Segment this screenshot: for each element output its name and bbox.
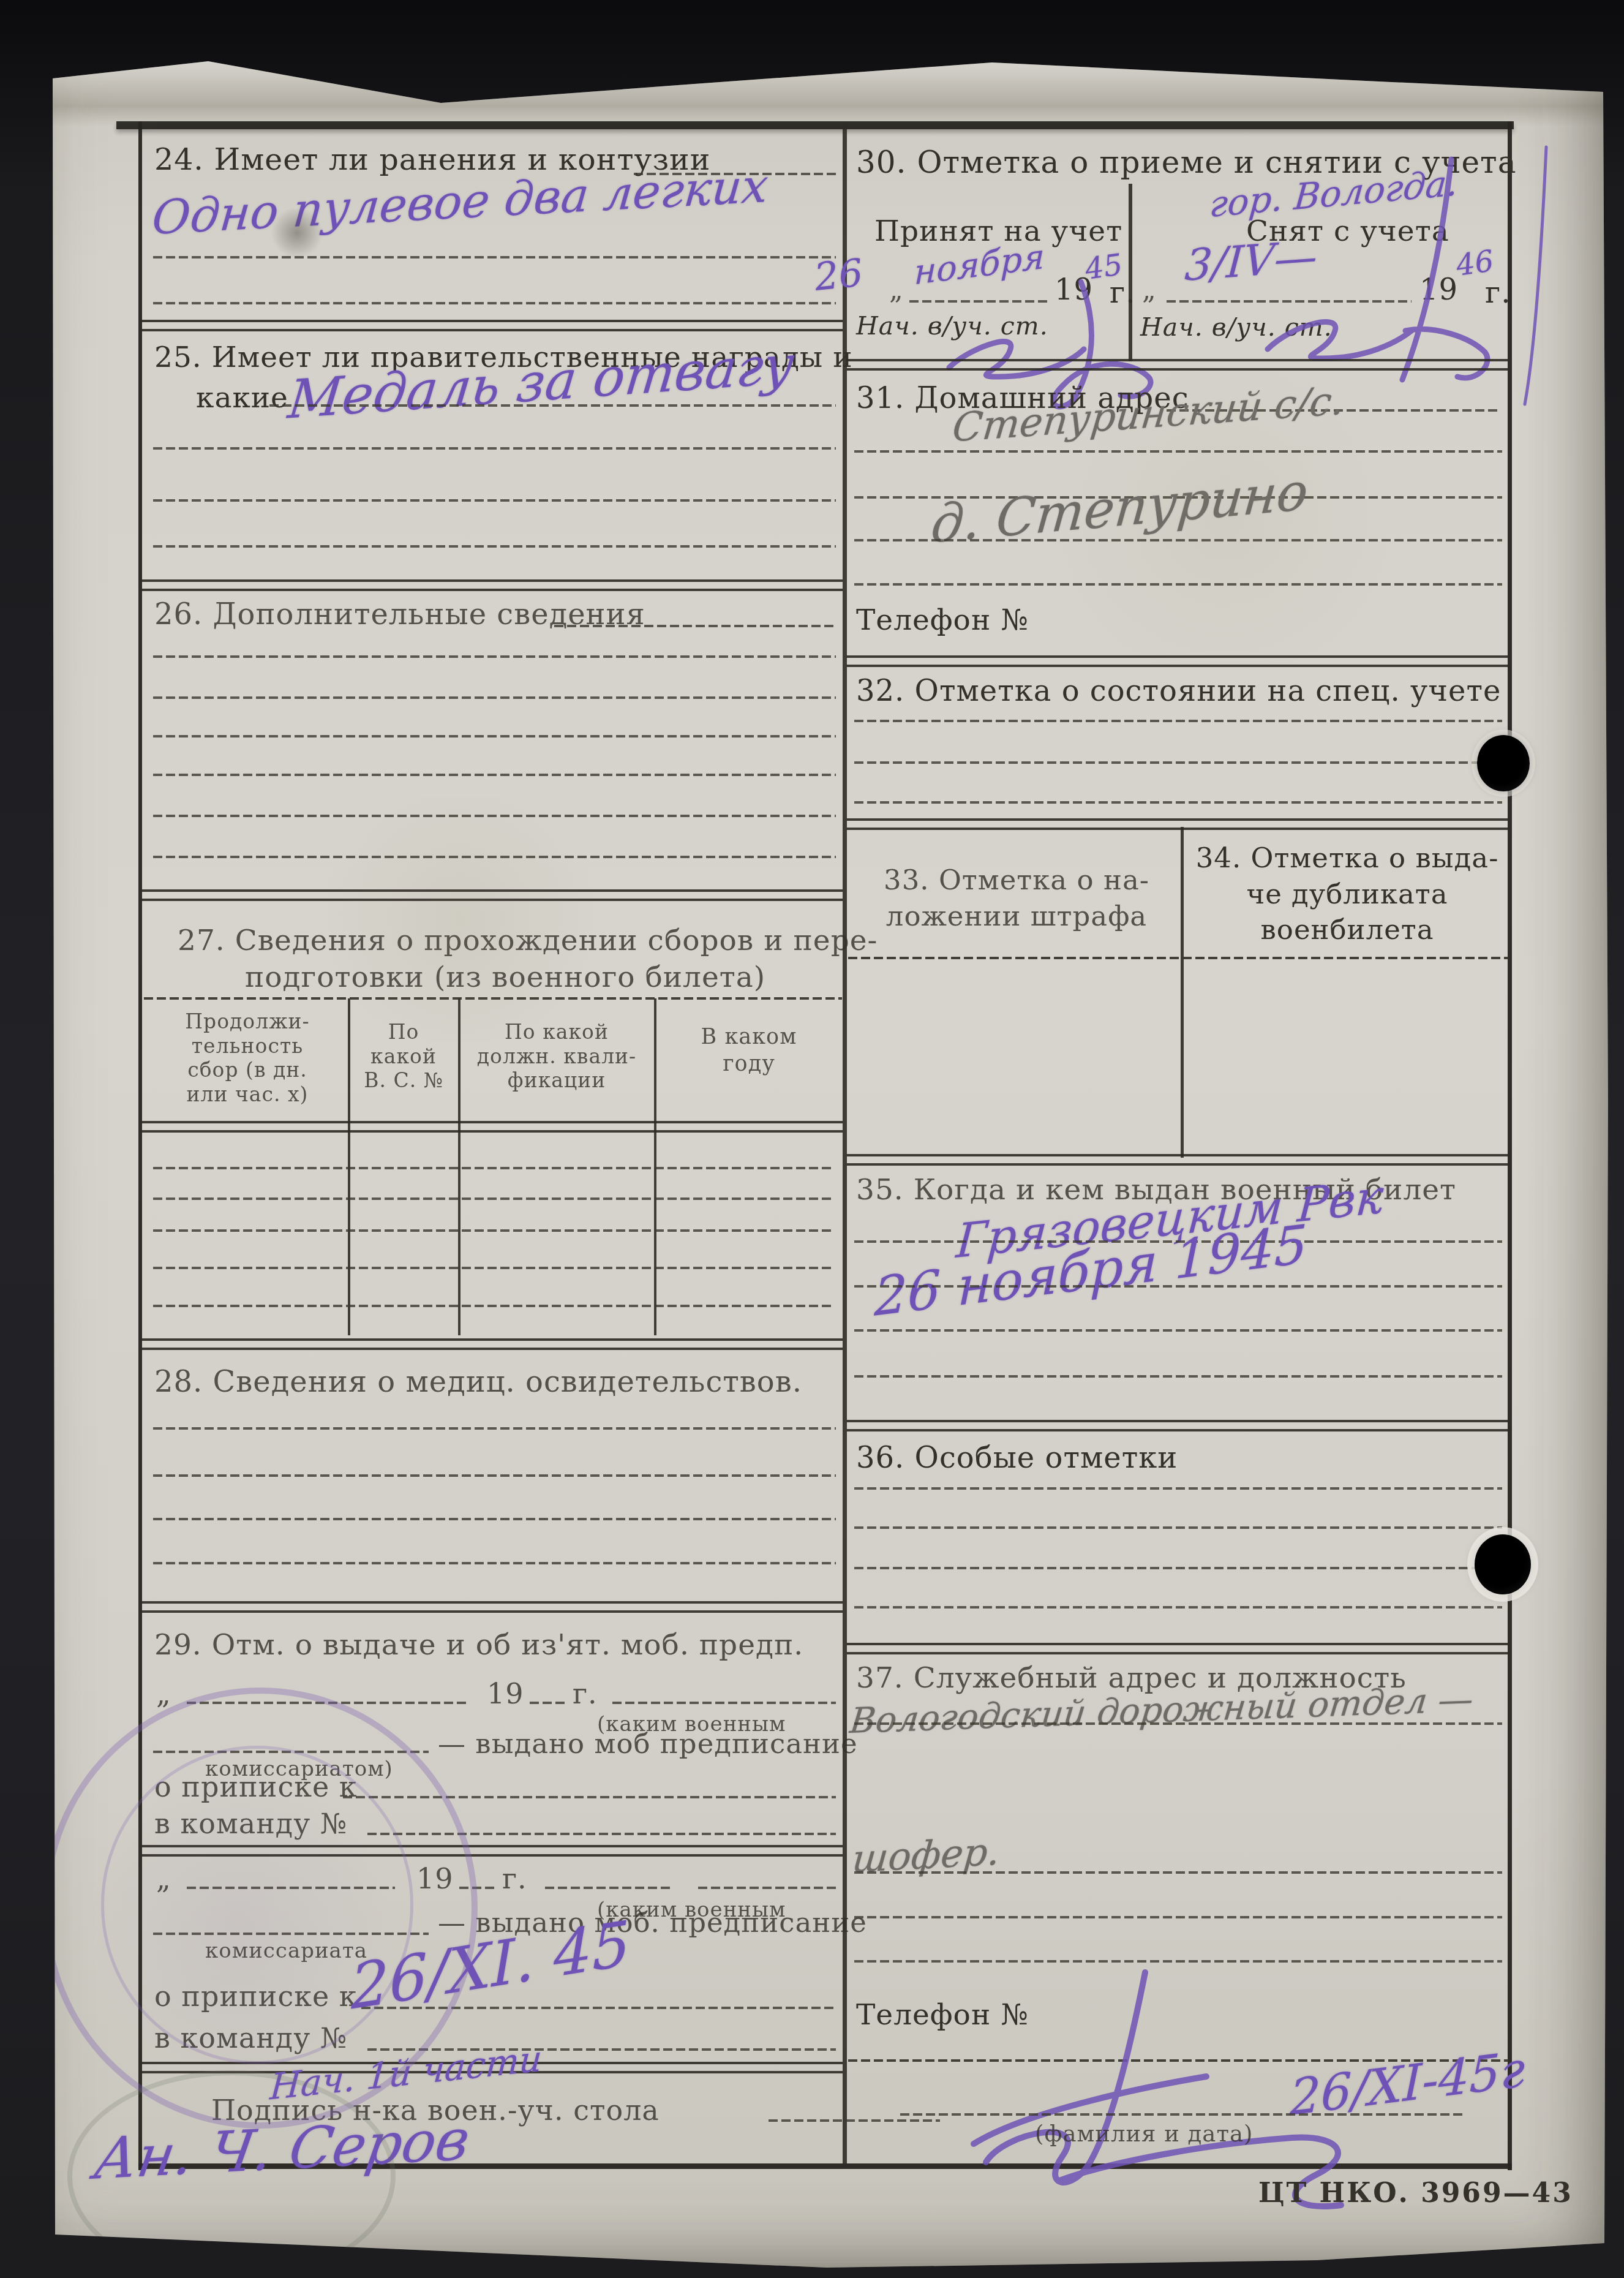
ruled-line bbox=[153, 302, 836, 304]
section33-title: 33. Отметка о на- ложении штрафа bbox=[854, 862, 1179, 934]
blank-line bbox=[367, 1833, 836, 1835]
section-separator bbox=[847, 1643, 1509, 1654]
table-row-line bbox=[153, 1229, 834, 1232]
attach-label: о приписке к bbox=[154, 1770, 358, 1803]
punch-hole bbox=[1477, 735, 1530, 791]
ruled-line bbox=[854, 1375, 1502, 1378]
ruled-line bbox=[854, 1606, 1502, 1609]
issued-label: — выдано моб предписание bbox=[438, 1727, 858, 1760]
section-separator bbox=[847, 818, 1509, 830]
quote-mark: „ bbox=[1142, 274, 1157, 306]
footer-sign-hint: (фамилия и дата) bbox=[1035, 2121, 1253, 2147]
section32-title: 32. Отметка о состоянии на спец. учете bbox=[856, 674, 1501, 708]
section-separator bbox=[847, 1420, 1509, 1431]
table-row-line bbox=[153, 1305, 834, 1307]
ruled-line bbox=[854, 1916, 1502, 1918]
ruled-line bbox=[153, 774, 836, 776]
blank-line bbox=[187, 1887, 395, 1889]
attach-label: о приписке к bbox=[154, 1980, 358, 2013]
section29-title: 29. Отм. о выдаче и об из'ят. моб. предп… bbox=[154, 1628, 803, 1662]
ruled-line bbox=[153, 256, 836, 258]
ruled-line bbox=[854, 1329, 1502, 1332]
section-separator bbox=[142, 1601, 843, 1613]
ruled-line bbox=[153, 545, 836, 548]
ruled-line bbox=[854, 1567, 1502, 1569]
ruled-line bbox=[854, 450, 1502, 453]
section-separator bbox=[847, 655, 1509, 667]
block-separator bbox=[142, 1845, 843, 1857]
section31-phone-label: Телефон № bbox=[856, 603, 1029, 637]
ruled-line bbox=[153, 856, 836, 858]
ruled-line bbox=[153, 655, 836, 658]
table-row-line bbox=[153, 1267, 834, 1269]
table-header-year: В каком году bbox=[658, 1024, 840, 1078]
frame-center-divider bbox=[843, 124, 847, 2167]
punch-hole bbox=[1475, 1534, 1531, 1594]
ruled-line bbox=[153, 1474, 836, 1477]
ruled-line bbox=[153, 447, 836, 450]
ruled-line bbox=[854, 539, 1502, 541]
section27-title-line2: подготовки (из военного билета) bbox=[245, 960, 765, 994]
frame-right bbox=[1508, 121, 1512, 2170]
year-printed: 19 bbox=[487, 1677, 524, 1710]
blank-line bbox=[698, 1887, 836, 1889]
print-code: ЦТ НКО. 3969—43 bbox=[1258, 2178, 1573, 2209]
blank-line bbox=[769, 2119, 940, 2122]
ruled-line bbox=[900, 2113, 1464, 2116]
ruled-line bbox=[153, 1562, 836, 1564]
ruled-line bbox=[854, 761, 1502, 764]
ruled-line bbox=[153, 735, 836, 737]
ruled-line bbox=[854, 1871, 1502, 1874]
table-bottom-border bbox=[142, 1338, 843, 1350]
scanned-military-registration-card: 24. Имеет ли ранения и контузии Одно пул… bbox=[0, 0, 1624, 2278]
ruled-line bbox=[153, 1427, 836, 1430]
frame-left bbox=[138, 121, 142, 2170]
ruled-line bbox=[153, 499, 836, 502]
table-row-line bbox=[153, 1167, 834, 1169]
ruled-line bbox=[854, 1285, 1502, 1288]
quote-mark: „ bbox=[156, 1862, 171, 1895]
year-suffix: г. bbox=[573, 1677, 598, 1710]
ruled-line bbox=[854, 801, 1502, 804]
accepted-day-handwriting: 26 bbox=[812, 250, 865, 300]
year-suffix: г. bbox=[502, 1862, 527, 1895]
table-top-border bbox=[144, 997, 842, 1000]
table-header-duration: Продолжи- тельность сбор (в дн. или час.… bbox=[152, 1009, 343, 1106]
ruled-line bbox=[269, 404, 836, 407]
top-edge-shadow bbox=[53, 59, 1608, 126]
section-separator bbox=[142, 889, 843, 901]
quote-mark: „ bbox=[889, 274, 904, 306]
ruled-line bbox=[854, 1722, 1502, 1725]
blank-line bbox=[459, 1887, 496, 1889]
ruled-line bbox=[153, 815, 836, 817]
paper-sheet: 24. Имеет ли ранения и контузии Одно пул… bbox=[0, 0, 1624, 2278]
ruled-line bbox=[153, 1518, 836, 1520]
hint-commissariat: комиссариата bbox=[205, 1939, 367, 1963]
section33-34-divider bbox=[1181, 827, 1184, 1158]
blank-line bbox=[612, 1702, 836, 1704]
team-label: в команду № bbox=[154, 1807, 347, 1840]
blank-line bbox=[530, 1702, 566, 1704]
ruled-line bbox=[854, 720, 1502, 722]
section36-title: 36. Особые отметки bbox=[856, 1441, 1178, 1475]
blank-line bbox=[153, 1933, 429, 1935]
ruled-line bbox=[554, 625, 836, 627]
team-label: в команду № bbox=[154, 2021, 347, 2054]
section27-title-line1: 27. Сведения о прохождении сборов и пере… bbox=[178, 924, 878, 957]
section-separator bbox=[142, 579, 843, 591]
footer-signature-handwriting: Ан. Ч. Серов bbox=[90, 2097, 651, 2192]
blank-line bbox=[343, 1796, 836, 1798]
ruled-line bbox=[153, 696, 836, 699]
section34-title: 34. Отметка о выда- че дубликата военбил… bbox=[1188, 840, 1506, 948]
blank-line bbox=[545, 1887, 674, 1889]
ruled-line bbox=[854, 583, 1502, 586]
ruled-line bbox=[854, 1526, 1502, 1529]
section-separator bbox=[142, 320, 843, 331]
table-row-line bbox=[153, 1197, 834, 1200]
section-separator bbox=[847, 1154, 1509, 1166]
ruled-line bbox=[854, 1487, 1502, 1490]
table-header-position: По какой должн. квали- фикации bbox=[462, 1020, 651, 1093]
table-header-separator bbox=[142, 1121, 843, 1133]
section25-label: какие bbox=[196, 381, 288, 415]
quote-mark: „ bbox=[156, 1677, 171, 1710]
blank-line bbox=[153, 1751, 429, 1753]
section28-title: 28. Сведения о медиц. освидетельствов. bbox=[154, 1365, 802, 1399]
table-header-vus: По какой В. С. № bbox=[352, 1020, 455, 1093]
frame-top bbox=[116, 121, 1514, 129]
section-separator bbox=[847, 359, 1509, 371]
blank-line bbox=[187, 1702, 468, 1704]
header-underline bbox=[848, 957, 1508, 959]
year-printed: 19 bbox=[416, 1862, 454, 1895]
